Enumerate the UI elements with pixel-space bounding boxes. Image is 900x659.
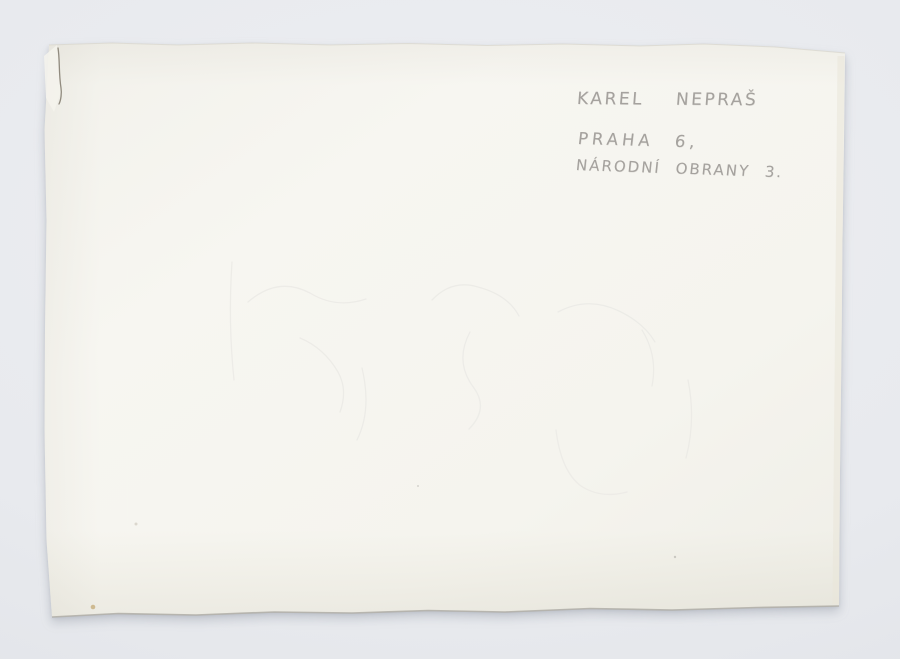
paper-sheet xyxy=(0,0,900,659)
photo-backdrop: KAREL NEPRAŠ PRAHA 6, NÁRODNÍ OBRANY 3. xyxy=(0,0,900,659)
